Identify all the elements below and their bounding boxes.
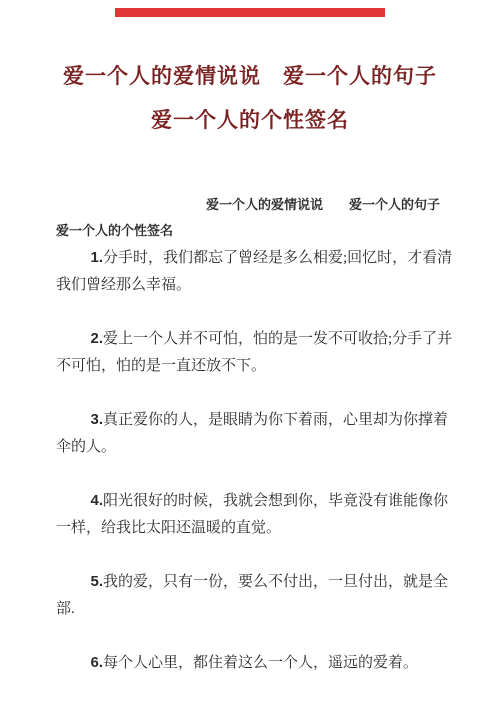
page-title-line-2: 爱一个人的个性签名 (20, 98, 480, 142)
paragraph-2-text: 爱上一个人并不可怕，怕的是一发不可收拾;分手了并不可怕，怕的是一直还放不下。 (56, 331, 452, 374)
document-body: 爱一个人的爱情说说 爱一个人的句子 爱一个人的个性签名 1.分手时，我们都忘了曾… (56, 192, 460, 677)
paragraph-5-number: 5. (91, 573, 104, 590)
paragraph-3-number: 3. (91, 411, 104, 428)
intro-heading: 爱一个人的爱情说说 爱一个人的句子 爱一个人的个性签名 (56, 192, 460, 244)
page-title-line-1: 爱一个人的爱情说说 爱一个人的句子 (20, 54, 480, 98)
paragraph-1-number: 1. (91, 249, 104, 266)
paragraph-1: 1.分手时，我们都忘了曾经是多么相爱;回忆时，才看清我们曾经那么幸福。 (56, 244, 460, 299)
paragraph-4-number: 4. (91, 492, 104, 509)
intro-heading-line-2: 爱一个人的个性签名 (56, 218, 460, 244)
paragraph-6-number: 6. (91, 654, 104, 671)
paragraph-6-text: 每个人心里，都住着这么一个人，遥远的爱着。 (103, 655, 418, 671)
paragraph-5-text: 我的爱，只有一份，要么不付出，一旦付出，就是全部. (56, 574, 448, 617)
paragraph-6: 6.每个人心里，都住着这么一个人，遥远的爱着。 (56, 649, 460, 677)
paragraph-1-text: 分手时，我们都忘了曾经是多么相爱;回忆时，才看清我们曾经那么幸福。 (56, 250, 452, 293)
top-accent-bar (115, 8, 385, 17)
paragraph-2-number: 2. (91, 330, 104, 347)
paragraph-4-text: 阳光很好的时候，我就会想到你，毕竟没有谁能像你一样，给我比太阳还温暖的直觉。 (56, 493, 448, 536)
intro-heading-line-1: 爱一个人的爱情说说 爱一个人的句子 (56, 192, 460, 218)
paragraph-3: 3.真正爱你的人，是眼睛为你下着雨，心里却为你撑着伞的人。 (56, 406, 460, 461)
page-title: 爱一个人的爱情说说 爱一个人的句子 爱一个人的个性签名 (20, 54, 480, 142)
paragraph-4: 4.阳光很好的时候，我就会想到你，毕竟没有谁能像你一样，给我比太阳还温暖的直觉。 (56, 487, 460, 542)
paragraph-3-text: 真正爱你的人，是眼睛为你下着雨，心里却为你撑着伞的人。 (56, 412, 448, 455)
paragraph-5: 5.我的爱，只有一份，要么不付出，一旦付出，就是全部. (56, 568, 460, 623)
page: { "page": { "background": "#ffffff", "ac… (0, 0, 500, 707)
paragraph-2: 2.爱上一个人并不可怕，怕的是一发不可收拾;分手了并不可怕，怕的是一直还放不下。 (56, 325, 460, 380)
